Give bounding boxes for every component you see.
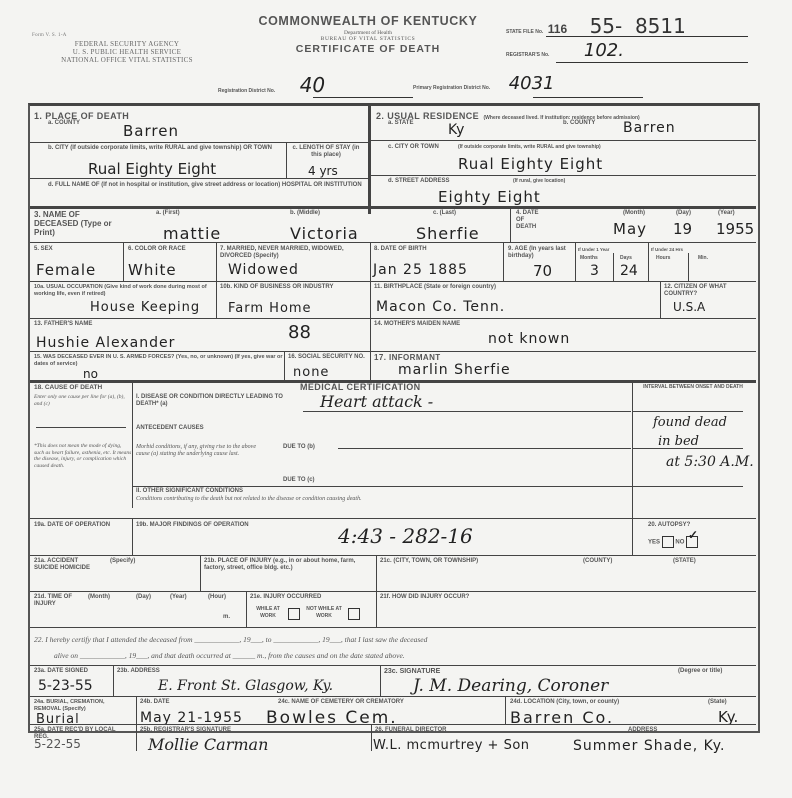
certification-line-1: 22. I hereby certify that I attended the… — [34, 632, 754, 648]
age[interactable]: 70 — [533, 262, 552, 280]
business-label: 10b. KIND OF BUSINESS OR INDUSTRY — [220, 284, 368, 291]
first-name-label: a. (First) — [156, 210, 180, 217]
state-file-number: STATE FILE No. 116 55- 8511 — [506, 14, 756, 38]
residence-state[interactable]: Ky — [448, 122, 464, 138]
medical-certification-title: MEDICAL CERTIFICATION — [300, 382, 421, 392]
social-security-no[interactable]: none — [293, 365, 329, 380]
informant[interactable]: marlin Sherfie — [398, 362, 511, 378]
business[interactable]: Farm Home — [228, 301, 312, 316]
funeral-director-label: 26. FUNERAL DIRECTOR — [375, 727, 446, 734]
not-while-at-work-label: NOT WHILE AT WORK — [302, 606, 346, 620]
middle-name[interactable]: Victoria — [290, 224, 359, 243]
injury-county-label: (COUNTY) — [583, 558, 612, 565]
death-city[interactable]: Rual Eighty Eight — [88, 160, 216, 178]
father-name[interactable]: Hushie Alexander — [36, 335, 175, 351]
under-1-year-label: If Under 1 Year — [578, 246, 609, 253]
dod-month[interactable]: May — [613, 220, 647, 238]
burial-date-label: 24b. DATE — [140, 699, 170, 706]
certificate-title: CERTIFICATE OF DEATH — [233, 43, 503, 55]
residence-city[interactable]: Rual Eighty Eight — [458, 155, 603, 173]
part1-label: I. DISEASE OR CONDITION DIRECTLY LEADING… — [136, 394, 306, 408]
cause-a[interactable]: Heart attack - — [320, 392, 433, 411]
attending-certification: 22. I hereby certify that I attended the… — [34, 632, 754, 664]
injury-occurred-label: 21e. INJURY OCCURRED — [250, 594, 321, 601]
cemetery-name[interactable]: Bowles Cem. — [266, 708, 398, 728]
operation-findings-label: 19b. MAJOR FINDINGS OF OPERATION — [136, 522, 249, 529]
city-label: b. CITY (If outside corporate limits, wr… — [48, 145, 278, 152]
accident-specify: (Specify) — [110, 558, 135, 565]
time-of-injury-label: 21d. TIME OF INJURY — [34, 594, 84, 608]
birthplace[interactable]: Macon Co. Tenn. — [376, 299, 505, 315]
race-label: 6. COLOR OR RACE — [128, 246, 186, 253]
residence-state-label: a. STATE — [388, 120, 413, 127]
primary-district-label: Primary Registration District No. — [413, 85, 490, 91]
due-to-c-label: DUE TO (c) — [283, 477, 315, 484]
first-name[interactable]: mattie — [163, 224, 221, 243]
dod-month-label: (Month) — [623, 210, 645, 217]
hospital-label: d. FULL NAME OF (If not in hospital or i… — [48, 182, 368, 189]
marital-status[interactable]: Widowed — [228, 262, 299, 278]
form-number: Form V. S. 1-A — [32, 32, 222, 40]
min-label: Min. — [698, 255, 708, 262]
date-of-birth[interactable]: Jan 25 1885 — [373, 262, 468, 278]
while-at-work-label: WHILE AT WORK — [250, 606, 286, 620]
middle-name-label: b. (Middle) — [290, 210, 320, 217]
location-label: 24d. LOCATION (City, town, or county) — [510, 699, 619, 706]
cause-note: Enter only one cause per line for (a), (… — [34, 394, 129, 408]
autopsy-no-label: NO — [675, 540, 684, 546]
autopsy-options: YES NO ✓ — [648, 536, 698, 548]
autopsy-yes-label: YES — [648, 540, 660, 546]
agency-block: Form V. S. 1-A FEDERAL SECURITY AGENCY U… — [32, 32, 222, 64]
how-injury-label: 21f. HOW DID INJURY OCCUR? — [380, 594, 469, 601]
cause-of-death-label: 18. CAUSE OF DEATH — [34, 384, 102, 391]
mother-maiden-name[interactable]: not known — [488, 331, 570, 347]
days-label: Days — [620, 255, 632, 262]
funeral-director[interactable]: W.L. mcmurtrey + Son — [373, 738, 530, 753]
county-label: a. COUNTY — [48, 120, 80, 127]
place-of-injury-label: 21b. PLACE OF INJURY (e.g., in or about … — [204, 558, 374, 572]
funeral-address[interactable]: Summer Shade, Ky. — [573, 738, 726, 754]
armed-forces[interactable]: no — [83, 367, 98, 381]
registrar-signature[interactable]: Mollie Carman — [148, 735, 268, 754]
registration-district-value: 40 — [300, 73, 325, 97]
last-name[interactable]: Sherfie — [416, 224, 480, 243]
birthplace-label: 11. BIRTHPLACE (State or foreign country… — [374, 284, 496, 291]
last-name-label: c. (Last) — [433, 210, 456, 217]
dod-year-label: (Year) — [718, 210, 735, 217]
age-label: 9. AGE (In years last birthday) — [508, 246, 573, 260]
race[interactable]: White — [128, 261, 177, 279]
street-note: (If rural, give location) — [513, 178, 565, 185]
checkmark-icon: ✓ — [688, 532, 698, 539]
agency-line: NATIONAL OFFICE VITAL STATISTICS — [32, 56, 222, 64]
accident-label: 21a. ACCIDENT SUICIDE HOMICIDE — [34, 558, 94, 572]
due-to-b-label: DUE TO (b) — [283, 444, 315, 451]
registration-district-label: Registration District No. — [218, 88, 275, 94]
primary-district: Primary Registration District No. 4031 — [413, 73, 643, 94]
injury-year-label: (Year) — [170, 594, 187, 601]
months-label: Months — [580, 255, 598, 262]
age-months[interactable]: 3 — [590, 263, 599, 279]
disposition-label: 24a. BURIAL, CREMATION, REMOVAL (Specify… — [34, 699, 129, 713]
armed-forces-label: 15. WAS DECEASED EVER IN U. S. ARMED FOR… — [34, 354, 284, 368]
registrar-signature-label: 25b. REGISTRAR'S SIGNATURE — [140, 727, 231, 734]
operation-findings[interactable]: 4:43 - 282-16 — [338, 524, 473, 548]
injury-m-label: m. — [223, 614, 230, 621]
interval-label: INTERVAL BETWEEN ONSET AND DEATH — [638, 384, 748, 391]
citizen-label: 12. CITIZEN OF WHAT COUNTRY? — [664, 284, 754, 298]
interval-line-2[interactable]: in bed — [658, 434, 699, 449]
cause-footnote: *This does not mean the mode of dying, s… — [34, 443, 132, 469]
under-24-hrs-label: If Under 24 Hrs — [651, 246, 683, 253]
name-label: 3. NAME OF DECEASED (Type or Print) — [34, 210, 124, 237]
dod-day[interactable]: 19 — [673, 220, 692, 238]
not-while-at-work-checkbox[interactable] — [348, 608, 360, 620]
state-title: COMMONWEALTH OF KENTUCKY — [233, 14, 503, 28]
injury-month-label: (Month) — [88, 594, 110, 601]
certifier-address[interactable]: E. Front St. Glasgow, Ky. — [158, 678, 333, 694]
antecedent-label: ANTECEDENT CAUSES — [136, 425, 204, 432]
autopsy-label: 20. AUTOPSY? — [648, 522, 690, 529]
age-days[interactable]: 24 — [620, 263, 638, 279]
occupation-label: 10a. USUAL OCCUPATION (Give kind of work… — [34, 284, 214, 298]
agency-line: FEDERAL SECURITY AGENCY — [32, 40, 222, 48]
injury-day-label: (Day) — [136, 594, 151, 601]
mother-label: 14. MOTHER'S MAIDEN NAME — [374, 321, 460, 328]
other-conditions-label: II. OTHER SIGNIFICANT CONDITIONS — [136, 488, 243, 495]
registration-district: Registration District No. 40 — [218, 73, 418, 97]
hours-label: Hours — [656, 255, 670, 262]
autopsy-no-checkbox[interactable]: ✓ — [686, 536, 698, 548]
degree-label: (Degree or title) — [678, 668, 722, 675]
injury-hour-label: (Hour) — [208, 594, 226, 601]
street-label: d. STREET ADDRESS — [388, 178, 449, 185]
dod-day-label: (Day) — [676, 210, 691, 217]
primary-district-value: 4031 — [509, 73, 555, 94]
death-certificate: Form V. S. 1-A FEDERAL SECURITY AGENCY U… — [28, 10, 758, 790]
address-label: 23b. ADDRESS — [117, 668, 160, 675]
interval-line-1[interactable]: found dead — [653, 415, 727, 430]
autopsy-yes-checkbox[interactable] — [662, 536, 674, 548]
residence-city-label: c. CITY OR TOWN — [388, 144, 439, 151]
sex[interactable]: Female — [36, 261, 96, 279]
residence-note: (Where deceased lived. If institution: r… — [484, 115, 640, 121]
operation-date-label: 19a. DATE OF OPERATION — [34, 522, 129, 529]
sex-label: 5. SEX — [34, 246, 53, 253]
cemetery-label: 24c. NAME OF CEMETERY OR CREMATORY — [278, 699, 404, 706]
citizenship[interactable]: U.S.A — [673, 300, 705, 314]
date-signed-label: 23a. DATE SIGNED — [34, 668, 88, 675]
occupation[interactable]: House Keeping — [90, 300, 200, 315]
agency-line: U. S. PUBLIC HEALTH SERVICE — [32, 48, 222, 56]
residence-city-note: (If outside corporate limits, write RURA… — [458, 144, 601, 151]
certifier-signature[interactable]: J. M. Dearing, Coroner — [413, 676, 608, 696]
father-label: 13. FATHER'S NAME — [34, 321, 92, 328]
length-of-stay[interactable]: 4 yrs — [308, 164, 338, 178]
stay-label: c. LENGTH OF STAY (in this place) — [291, 145, 361, 159]
injury-city-label: 21c. (CITY, TOWN, OR TOWNSHIP) — [380, 558, 478, 565]
state-file-label: STATE FILE No. — [506, 29, 543, 35]
registrars-value: 102. — [584, 40, 624, 61]
state-file-value: 55- 8511 — [590, 14, 686, 38]
death-county[interactable]: Barren — [123, 122, 179, 140]
ssn-label: 16. SOCIAL SECURITY NO. — [288, 354, 368, 361]
injury-state-label: (STATE) — [673, 558, 696, 565]
certification-line-2: alive on ____________, 19___, and that d… — [34, 648, 754, 664]
residence-street[interactable]: Eighty Eight — [438, 188, 541, 206]
funeral-address-label: ADDRESS — [628, 727, 657, 734]
location-state-label: (State) — [708, 699, 727, 706]
registrars-label: REGISTRAR'S No. — [506, 52, 549, 58]
marital-label: 7. MARRIED, NEVER MARRIED, WIDOWED, DIVO… — [220, 246, 370, 260]
signature-label: 23c. SIGNATURE — [384, 668, 440, 675]
date-received[interactable]: 5-22-55 — [34, 737, 81, 751]
dod-year[interactable]: 1955 — [716, 220, 754, 238]
father-annotation: 88 — [288, 322, 311, 343]
residence-county[interactable]: Barren — [623, 120, 676, 136]
date-of-death-label: 4. DATE OF DEATH — [516, 210, 546, 231]
dob-label: 8. DATE OF BIRTH — [374, 246, 427, 253]
residence-county-label: b. COUNTY — [563, 120, 595, 127]
bureau: BUREAU OF VITAL STATISTICS — [233, 36, 503, 42]
registrars-number: REGISTRAR'S No. 102. — [506, 40, 756, 61]
other-conditions-note: Conditions contributing to the death but… — [136, 496, 366, 503]
date-signed[interactable]: 5-23-55 — [38, 678, 93, 694]
state-file-prefix: 116 — [548, 22, 567, 36]
interval-line-3[interactable]: at 5:30 A.M. — [666, 454, 754, 470]
while-at-work-checkbox[interactable] — [288, 608, 300, 620]
antecedent-note: Morbid conditions, if any, giving rise t… — [136, 444, 271, 458]
certificate-header: COMMONWEALTH OF KENTUCKY Department of H… — [233, 14, 503, 55]
informant-label: 17. INFORMANT — [374, 353, 441, 362]
